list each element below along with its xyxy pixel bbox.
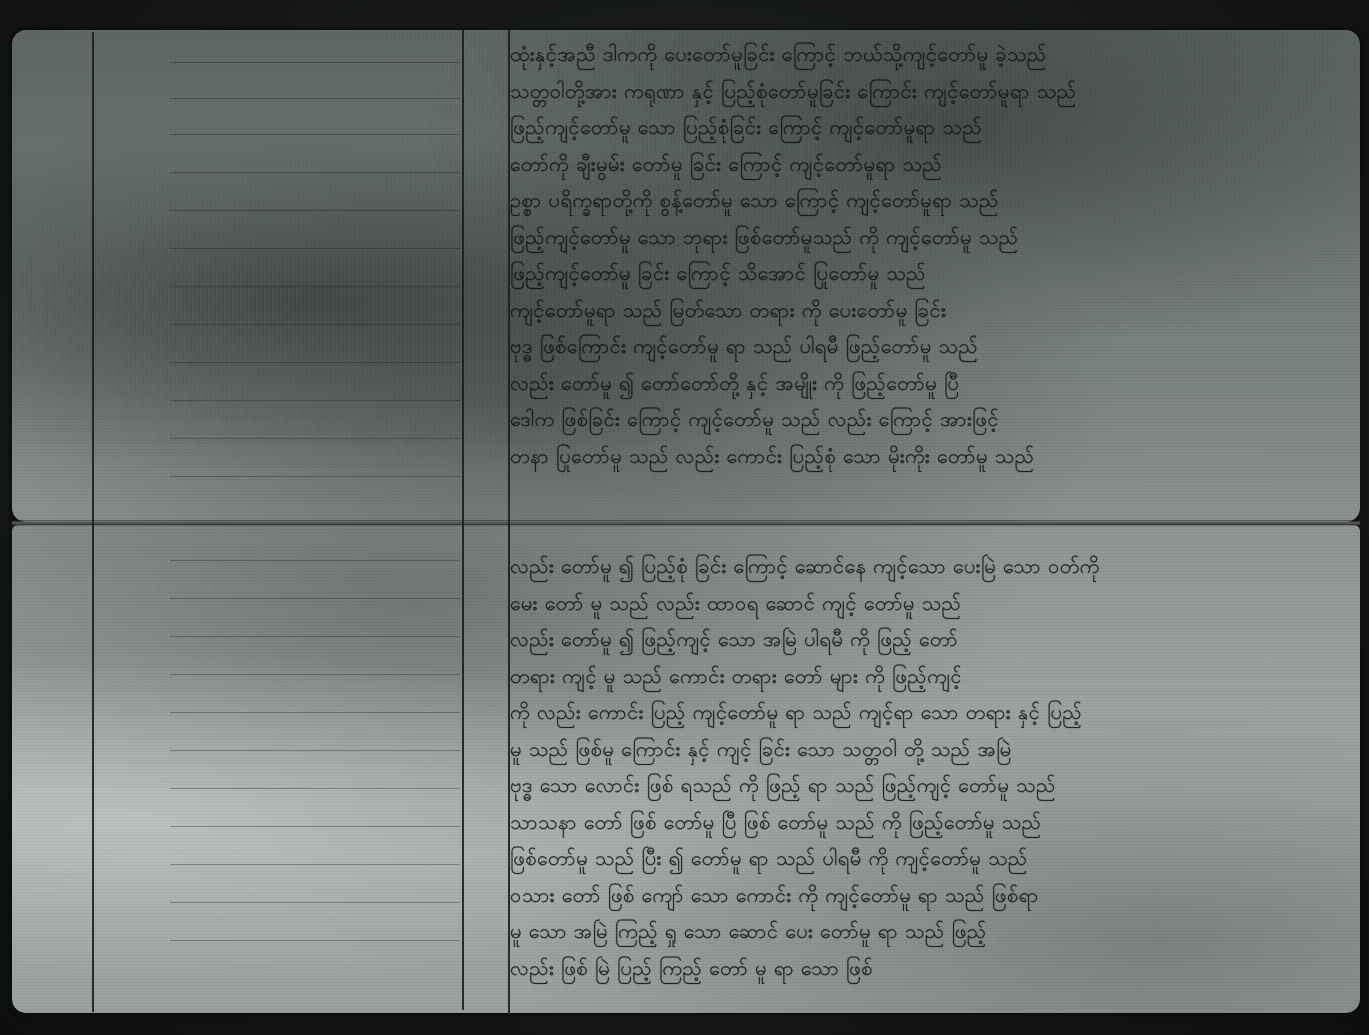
script-line: ဖြည့်ကျင့်တော်မူ ခြင်း ကြောင့် သိအောင် ပ…	[510, 255, 1340, 292]
ruled-line	[170, 362, 460, 363]
ruled-line	[170, 98, 460, 99]
script-line: ကို လည်း ကောင်း ပြည့် ကျင့်တော်မူ ရာ သည်…	[510, 694, 1340, 731]
ruled-line	[170, 674, 460, 675]
ruled-line	[170, 438, 460, 439]
ruled-line	[170, 636, 460, 637]
script-line: တနာ ပြုတော်မူ သည် လည်း ကောင်း ပြည့်စုံ သ…	[510, 438, 1340, 475]
script-line: လည်း တော်မူ ၍ ပြည့်စုံ ခြင်း ကြောင့် ဆော…	[510, 548, 1340, 585]
script-line: ဝသား တော် ဖြစ် ကျော် သော ကောင်း ကို ကျင့…	[510, 877, 1340, 914]
script-line: မေး တော် မူ သည် လည်း ထာဝရ ဆောင် ကျင့် တေ…	[510, 585, 1340, 622]
script-line: လည်း ဖြစ် မြဲ ပြည့် ကြည့် တော် မူ ရာ သော…	[510, 950, 1340, 987]
ruled-line	[170, 172, 460, 173]
ruled-line	[170, 62, 460, 63]
script-line: လည်း တော်မူ ၍ ဖြည့်ကျင့် သော အမြဲ ပါရမီ …	[510, 621, 1340, 658]
script-line: သတ္တဝါတို့အား ကရုဏာ နှင့် ပြည့်စုံတော်မူ…	[510, 73, 1340, 110]
script-line: ဖြည့်ကျင့်တော်မူ သော ပြည့်စုံခြင်း ကြောင…	[510, 109, 1340, 146]
script-line: ထုံးနှင့်အညီ ဒါကကို ပေးတော်မူခြင်း ကြောင…	[510, 36, 1340, 73]
ruled-line	[170, 940, 460, 941]
ruled-line	[170, 248, 460, 249]
script-line: ဖြစ်တော်မူ သည် ပြီး ၍ တော်မူ ရာ သည် ပါရမ…	[510, 840, 1340, 877]
ruled-line	[170, 210, 460, 211]
ruled-line	[170, 598, 460, 599]
script-line: ဒေါက ဖြစ်ခြင်း ကြောင့် ကျင့်တော်မူ သည် လ…	[510, 401, 1340, 438]
script-line: တရား ကျင့် မူ သည် ကောင်း တရား တော် များ …	[510, 658, 1340, 695]
script-line: ဗုဒ္ဓ သော လောင်း ဖြစ် ရသည် ကို ဖြည့် ရာ …	[510, 767, 1340, 804]
script-line: ဥစ္စာ ပရိက္ခရာတို့ကို စွန့်တော်မူ သော ကြ…	[510, 182, 1340, 219]
script-line: ကျင့်တော်မူရာ သည် မြတ်သော တရား ကို ပေးတေ…	[510, 292, 1340, 329]
manuscript-photo: ထုံးနှင့်အညီ ဒါကကို ပေးတော်မူခြင်း ကြောင…	[0, 0, 1369, 1035]
top-panel-text: ထုံးနှင့်အညီ ဒါကကို ပေးတော်မူခြင်း ကြောင…	[510, 36, 1340, 474]
ruled-line	[170, 750, 460, 751]
ruled-line	[170, 476, 460, 477]
margin-rule-left	[92, 32, 94, 1012]
script-line: မူ သော အမြဲ ကြည့် ရှု သော ဆောင် ပေး တော်…	[510, 913, 1340, 950]
script-line: သာသနာ တော် ဖြစ် တော်မူ ပြီ ဖြစ် တော်မူ သ…	[510, 804, 1340, 841]
bottom-panel-text: လည်း တော်မူ ၍ ပြည့်စုံ ခြင်း ကြောင့် ဆော…	[510, 548, 1340, 986]
script-line: ဗုဒ္ဓ ဖြစ်ကြောင်း ကျင့်တော်မူ ရာ သည် ပါရ…	[510, 328, 1340, 365]
ruled-line	[170, 324, 460, 325]
ruled-line	[170, 560, 460, 561]
script-line: လည်း တော်မူ ၍ တော်တော်တို့ နှင့် အမျိုး …	[510, 365, 1340, 402]
ruled-line	[170, 864, 460, 865]
ruled-line	[170, 902, 460, 903]
ruled-line	[170, 826, 460, 827]
margin-rule-middle	[462, 30, 464, 1010]
script-line: မူ သည် ဖြစ်မူ ကြောင်း နှင့် ကျင့် ခြင်း …	[510, 731, 1340, 768]
ruled-line	[170, 286, 460, 287]
script-line: ဖြည့်ကျင့်တော်မူ သော ဘုရား ဖြစ်တော်မူသည်…	[510, 219, 1340, 256]
ruled-line	[170, 400, 460, 401]
ruled-line	[170, 712, 460, 713]
ruled-line	[170, 788, 460, 789]
ruled-line	[170, 134, 460, 135]
fold-crease	[12, 520, 1360, 526]
script-line: တော်ကို ချီးမွမ်း တော်မူ ခြင်း ကြောင့် က…	[510, 146, 1340, 183]
